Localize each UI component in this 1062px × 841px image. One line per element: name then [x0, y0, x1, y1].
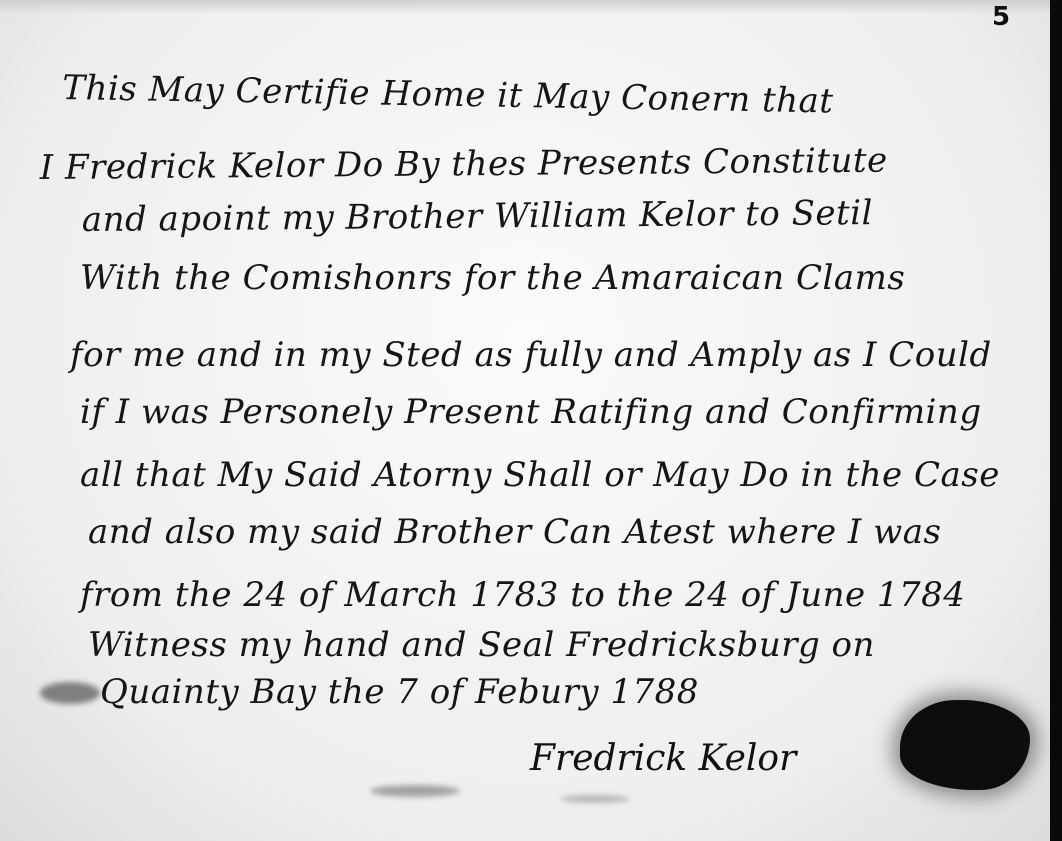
ink-smudge	[370, 785, 460, 797]
ink-smudge	[40, 682, 100, 704]
text-line-6: if I was Personely Present Ratifing and …	[80, 392, 982, 432]
text-line-8: and also my said Brother Can Atest where…	[88, 512, 942, 552]
text-line-11: Quainty Bay the 7 of Febury 1788	[100, 672, 699, 712]
text-line-4: With the Comishonrs for the Amaraican Cl…	[80, 258, 905, 298]
text-line-3: and apoint my Brother William Kelor to S…	[82, 193, 873, 240]
text-line-10: Witness my hand and Seal Fredricksburg o…	[88, 625, 875, 665]
ink-blot	[900, 700, 1030, 790]
page-top-edge	[0, 0, 1050, 14]
page-number: 5	[992, 2, 1010, 32]
text-line-9: from the 24 of March 1783 to the 24 of J…	[80, 575, 965, 615]
text-line-7: all that My Said Atorny Shall or May Do …	[80, 455, 1000, 495]
page-right-border	[1050, 0, 1062, 841]
ink-smudge	[560, 795, 630, 803]
signature: Fredrick Kelor	[530, 738, 796, 779]
text-line-5: for me and in my Sted as fully and Amply…	[70, 335, 992, 375]
text-line-2: I Fredrick Kelor Do By thes Presents Con…	[40, 141, 888, 188]
